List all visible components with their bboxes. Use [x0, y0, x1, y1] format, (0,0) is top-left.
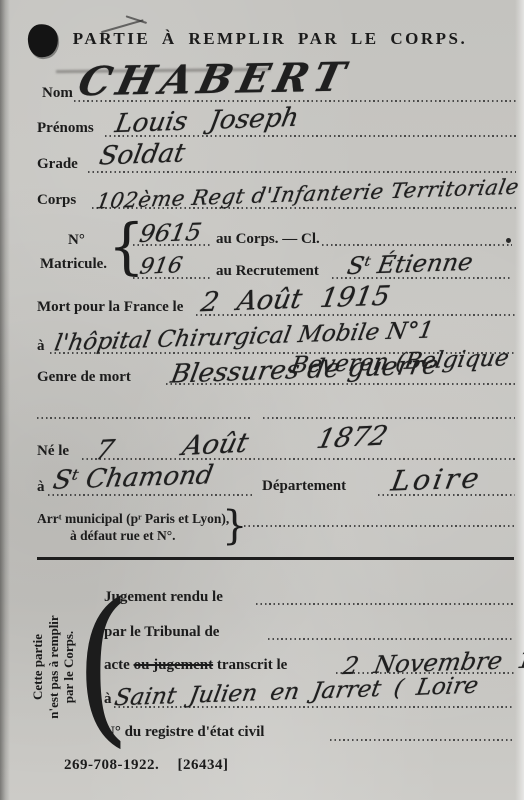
imprint-bracket-number: [26434]	[178, 757, 229, 773]
grade-value: Soldat	[97, 139, 187, 172]
blank-dotted-line-right	[263, 417, 515, 419]
departement-label: Département	[262, 478, 346, 495]
prenoms-label: Prénoms	[37, 120, 94, 137]
nom-label: Nom	[42, 85, 73, 102]
matricule-label: Matricule.	[40, 256, 107, 273]
blank-dotted-line-left	[37, 417, 250, 419]
lieu-deces-label: à	[37, 338, 45, 355]
imprint-code: 269-708-1922.	[64, 757, 159, 773]
section-divider-rule	[37, 557, 514, 560]
jugement-label: Jugement rendu le	[104, 589, 223, 606]
sidebar-note-line1: Cette partie	[30, 584, 46, 750]
grade-dotted-line	[88, 171, 516, 173]
acte-label-pre: acte	[104, 657, 134, 673]
mort-label: Mort pour la France le	[37, 299, 183, 316]
tribunal-label: par le Tribunal de	[104, 624, 219, 641]
grade-label: Grade	[37, 156, 78, 173]
transcription-lieu-label: à	[104, 691, 112, 708]
scan-edge-left	[0, 0, 10, 800]
departement-value: Loire	[389, 461, 485, 497]
arrondissement-label-line1: Arrᵗ municipal (pʳ Paris et Lyon),	[37, 511, 229, 527]
jugement-dotted-line	[256, 603, 514, 605]
registre-dotted-line	[330, 739, 514, 741]
form-title: PARTIE À REMPLIR PAR LE CORPS.	[8, 29, 524, 49]
ne-le-label: Né le	[37, 443, 69, 460]
au-recrutement-label: au Recrutement	[216, 263, 319, 280]
nom-value: CHABERT	[74, 54, 355, 106]
matricule-corps-dots	[133, 244, 211, 246]
acte-label-post: transcrit le	[213, 657, 287, 673]
matricule-recrutement-dots	[133, 277, 211, 279]
sidebar-note-line2: n'est pas à remplir	[46, 584, 62, 750]
arrondissement-label-line2: à défaut rue et N°.	[70, 528, 176, 544]
scan-edge-right	[515, 0, 524, 800]
mort-date-value: 2 Août 1915	[199, 281, 393, 319]
sidebar-note: Cette partie n'est pas à remplir par le …	[30, 584, 78, 750]
genre-mort-label: Genre de mort	[37, 369, 131, 386]
cl-line-end-dot	[506, 238, 511, 243]
recrutement-place-value: Sᵗ Étienne	[345, 248, 475, 280]
arrondissement-dotted-line	[244, 525, 514, 527]
prenoms-value: Louis Joseph	[113, 103, 301, 139]
matricule-recrutement-number: 916	[138, 253, 185, 279]
lieu-naissance-value: Sᵗ Chamond	[51, 460, 216, 496]
corps-label: Corps	[37, 192, 76, 209]
au-corps-label: au Corps. — Cl.	[216, 231, 320, 248]
acte-label-struck: ou jugement	[134, 657, 214, 673]
death-record-card: PARTIE À REMPLIR PAR LE CORPS. Nom CHABE…	[0, 0, 524, 800]
cl-dotted-line	[322, 244, 512, 246]
lieu-naissance-label: à	[37, 479, 45, 496]
imprint-footer: 269-708-1922. [26434]	[64, 757, 229, 774]
acte-transcrit-label: acte ou jugement transcrit le	[104, 657, 287, 674]
tribunal-dotted-line	[268, 638, 514, 640]
registre-label: N° du registre d'état civil	[104, 724, 264, 741]
matricule-label-no: N°	[68, 232, 85, 249]
